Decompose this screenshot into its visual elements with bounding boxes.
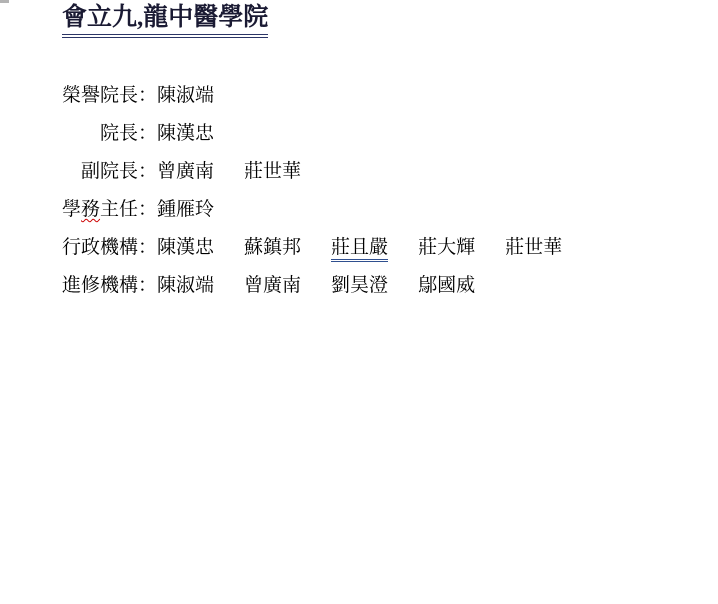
person-name: 劉昊澄 [331, 275, 388, 296]
person-name: 陳淑端 [157, 85, 214, 106]
edge-artifact [0, 0, 9, 3]
person-name: 陳漢忠 [157, 237, 214, 258]
person-name: 莊世華 [244, 161, 301, 182]
staff-row: 學務主任：鍾雁玲 [62, 191, 562, 229]
role-label: 主任： [100, 199, 157, 220]
staff-row: 榮譽院長：陳淑端 [62, 77, 562, 115]
document-page: 會立九,龍中醫學院 榮譽院長：陳淑端院長：陳漢忠副院長：曾廣南莊世華學務主任：鍾… [0, 0, 718, 604]
role-label: 學 [62, 199, 81, 220]
document-title-text: 會立九,龍中醫學院 [62, 3, 268, 38]
role-label: 進修機構： [62, 275, 157, 296]
staff-row: 行政機構：陳漢忠蘇鎮邦莊且嚴莊大輝莊世華 [62, 229, 562, 267]
staff-row: 進修機構：陳淑端曾廣南劉昊澄鄔國威 [62, 267, 562, 305]
staff-row: 副院長：曾廣南莊世華 [62, 153, 562, 191]
person-name: 陳漢忠 [157, 123, 214, 144]
person-name: 鍾雁玲 [157, 199, 214, 220]
staff-row: 院長：陳漢忠 [62, 115, 562, 153]
person-name: 蘇鎮邦 [244, 237, 301, 258]
person-name: 陳淑端 [157, 275, 214, 296]
role-label: 行政機構： [62, 237, 157, 258]
person-name: 莊世華 [505, 237, 562, 258]
person-name: 鄔國威 [418, 275, 475, 296]
role-label: 院長： [100, 123, 157, 144]
role-label: 副院長： [81, 161, 157, 182]
document-title: 會立九,龍中醫學院 [62, 3, 268, 38]
person-name: 莊大輝 [418, 237, 475, 258]
person-name: 曾廣南 [244, 275, 301, 296]
person-name: 莊且嚴 [331, 237, 388, 262]
person-name: 曾廣南 [157, 161, 214, 182]
role-label: 務 [81, 199, 100, 220]
role-label: 榮譽院長： [62, 85, 157, 106]
document-body: 榮譽院長：陳淑端院長：陳漢忠副院長：曾廣南莊世華學務主任：鍾雁玲行政機構：陳漢忠… [62, 77, 562, 305]
